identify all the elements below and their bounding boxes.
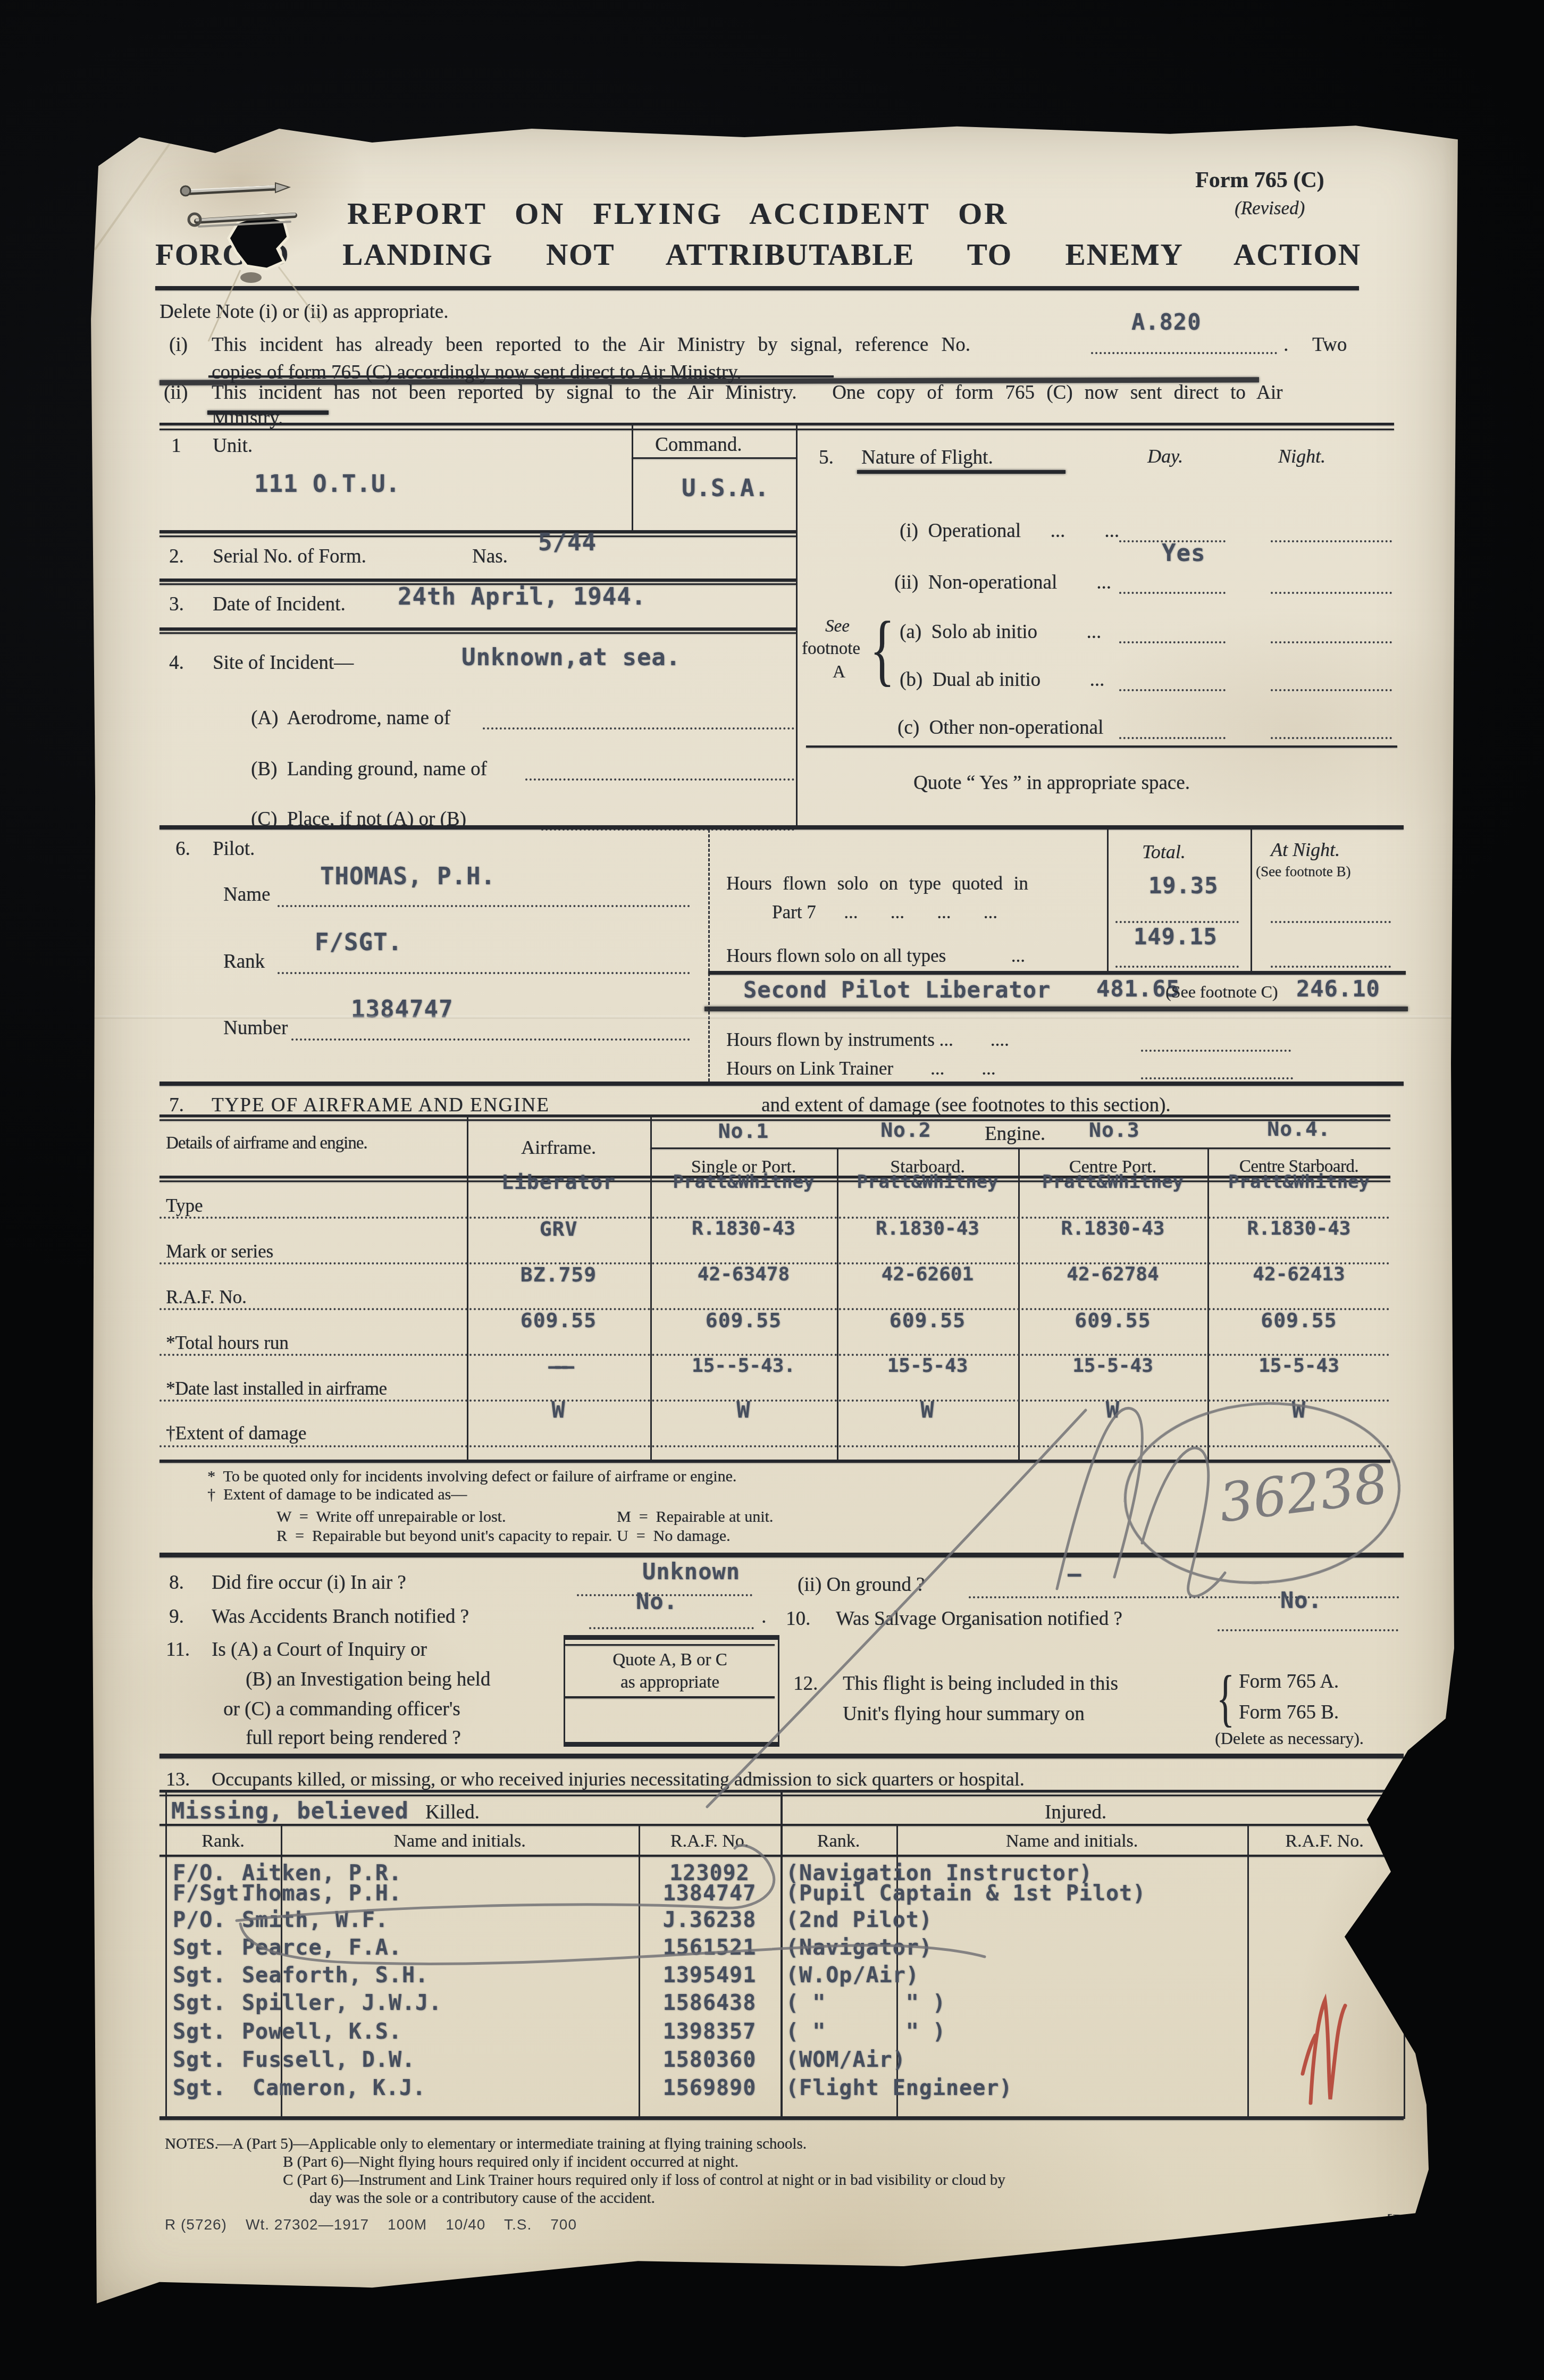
details-column-header: Details of airframe and engine. xyxy=(166,1134,367,1153)
form-revised: (Revised) xyxy=(1235,198,1305,219)
s5-quote-note: Quote “ Yes ” in appropriate space. xyxy=(913,772,1190,794)
rule xyxy=(160,2116,1404,2120)
footnote-b-ref: (See footnote B) xyxy=(1256,864,1350,879)
rule xyxy=(160,423,1394,425)
rule xyxy=(160,1460,1390,1463)
s5-dual-ab-initio: (b) Dual ab initio ... xyxy=(900,669,1104,691)
occupant-role: ( " " ) xyxy=(786,2021,946,2043)
hours-all-types-value: 149.15 xyxy=(1134,925,1218,949)
footnote-a-brace: { xyxy=(870,605,895,694)
column-divider xyxy=(796,423,798,828)
notes-a: —A (Part 5)—Applicable only to elementar… xyxy=(217,2135,807,2152)
dotted-line xyxy=(1271,689,1392,691)
occupant-role: (Navigator) xyxy=(786,1937,933,1959)
pilot-rank-label: Rank xyxy=(223,951,265,973)
occupant-role: (Pupil Captain & 1st Pilot) xyxy=(786,1882,1146,1905)
s1-label: Unit. xyxy=(213,435,253,457)
engine3-raf-value: 42-62784 xyxy=(1018,1264,1207,1285)
rule xyxy=(160,825,1404,829)
forms-brace: { xyxy=(1216,1663,1235,1733)
s2-label: Serial No. of Form. xyxy=(213,546,366,567)
occupant-raf-no: 1569890 xyxy=(639,2077,781,2099)
dotted-line xyxy=(1271,592,1392,594)
rule xyxy=(160,1114,1390,1117)
s4-number: 4. xyxy=(169,652,184,674)
rule xyxy=(160,1754,1404,1758)
s3-number: 3. xyxy=(169,593,184,615)
occupant-name: Powell, K.S. xyxy=(242,2021,402,2043)
pilot-name-value: THOMAS, P.H. xyxy=(320,865,496,889)
occupant-name: Fussell, D.W. xyxy=(242,2049,415,2071)
engine1-hours-value: 609.55 xyxy=(650,1310,837,1331)
rule xyxy=(160,627,796,631)
hours-type-label-l2: Part 7 ... ... ... ... xyxy=(772,902,997,923)
rule xyxy=(160,1824,1404,1826)
dotted-line xyxy=(1119,592,1226,594)
dotted-line xyxy=(1271,737,1392,739)
s5-non-operational: (ii) Non-operational ... xyxy=(894,572,1111,593)
site-of-incident-value: Unknown,at sea. xyxy=(461,646,681,670)
underline-note-i xyxy=(208,375,834,378)
delete-as-necessary: (Delete as necessary). xyxy=(1215,1729,1364,1748)
dotted-line xyxy=(1218,1629,1398,1631)
occupant-name: Seaforth, S.H. xyxy=(242,1964,429,1987)
s2-prefix: Nas. xyxy=(472,546,508,567)
dotted-line xyxy=(1115,921,1239,923)
engine4-hours-value: 609.55 xyxy=(1207,1310,1390,1331)
form-765b-label: Form 765 B. xyxy=(1239,1702,1339,1723)
s7-title-caps: TYPE OF AIRFRAME AND ENGINE xyxy=(212,1094,550,1116)
engine4-mark-value: R.1830-43 xyxy=(1207,1219,1390,1239)
pilot-number-label: Number xyxy=(223,1017,288,1039)
engine3-mark-value: R.1830-43 xyxy=(1018,1219,1207,1239)
dotted-line xyxy=(1115,966,1239,968)
hours-type-total-value: 19.35 xyxy=(1148,874,1218,898)
engine2-type-value: Pratt&Whitney xyxy=(837,1173,1018,1192)
notes-b: B (Part 6)—Night flying hours required o… xyxy=(283,2153,739,2171)
unit-command-divider xyxy=(632,423,633,532)
occupant-rank: Sgt. xyxy=(173,1992,226,2014)
quote-abc-line1: Quote A, B or C xyxy=(565,1650,775,1670)
s11-line3: or (C) a commanding officer's xyxy=(223,1698,460,1720)
engine2-date-value: 15-5-43 xyxy=(837,1356,1018,1376)
note-ii-text: This incident has not been reported by s… xyxy=(212,382,1282,404)
reference-dotted-line xyxy=(1091,352,1277,354)
engine4-damage-value: W xyxy=(1207,1398,1390,1422)
pilot-name-label: Name xyxy=(223,884,270,906)
engine2-raf-value: 42-62601 xyxy=(837,1264,1018,1285)
occupant-raf-no: 1586438 xyxy=(639,1992,781,2014)
row-separator xyxy=(160,1445,1390,1447)
engine-no4-header: No.4. xyxy=(1207,1119,1390,1140)
dotted-line xyxy=(1271,641,1392,643)
rule xyxy=(160,530,796,533)
reference-number-value: A.820 xyxy=(1131,311,1201,334)
s7-footnote-u: U = No damage. xyxy=(617,1527,731,1545)
occupant-name: Thomas, P.H. xyxy=(242,1882,402,1905)
form-content: Form 765 (C) (Revised) REPORT ON FLYING … xyxy=(0,0,1544,2380)
occupant-role: (2nd Pilot) xyxy=(786,1909,933,1931)
s2-number: 2. xyxy=(169,546,184,567)
s4-landing-ground: (B) Landing ground, name of xyxy=(251,758,487,780)
rule xyxy=(160,1553,1404,1557)
airframe-hours-value: 609.55 xyxy=(467,1310,650,1331)
s9-label: Was Accidents Branch notified ? xyxy=(212,1606,469,1628)
occupant-role: (Flight Engineer) xyxy=(786,2077,1012,2099)
occupant-rank: Sgt. xyxy=(173,2049,226,2071)
scanned-form-page: Form 765 (C) (Revised) REPORT ON FLYING … xyxy=(89,116,1459,2312)
engine1-date-value: 15--5-43. xyxy=(650,1356,837,1376)
night-column-divider xyxy=(1251,829,1252,972)
typed-underline xyxy=(704,1007,1408,1011)
table-divider xyxy=(1247,1824,1249,2119)
rule xyxy=(160,1082,1404,1086)
rule xyxy=(160,579,796,582)
engine-label: Engine. xyxy=(985,1123,1045,1145)
unit-value: 111 O.T.U. xyxy=(254,472,400,497)
command-value: U.S.A. xyxy=(682,476,769,501)
engine3-damage-value: W xyxy=(1018,1398,1207,1422)
safety-pin-icon xyxy=(189,214,295,227)
hours-all-types-label: Hours flown solo on all types ... xyxy=(726,945,1025,966)
engine-no2-header: No.2 xyxy=(837,1120,975,1141)
dotted-line xyxy=(291,1038,690,1041)
s9-period: . xyxy=(761,1606,766,1628)
at-night-header: At Night. xyxy=(1271,839,1340,860)
occupant-rank: F/Sgt. xyxy=(173,1882,253,1905)
second-pilot-night-value: 246.10 xyxy=(1296,977,1380,1001)
airframe-damage-value: W xyxy=(467,1398,650,1422)
rule xyxy=(160,632,796,634)
strikethrough-ministry xyxy=(207,410,329,415)
pilot-number-value: 1384747 xyxy=(351,998,453,1022)
rule xyxy=(160,535,796,537)
engine1-mark-value: R.1830-43 xyxy=(650,1219,837,1239)
s7-number: 7. xyxy=(169,1094,184,1116)
engine-no1-header: No.1 xyxy=(650,1121,837,1142)
killed-name-header: Name and initials. xyxy=(281,1831,639,1851)
engine1-type-value: Pratt&Whitney xyxy=(650,1173,837,1192)
rule xyxy=(565,1696,775,1698)
row-raf-label: R.A.F. No. xyxy=(166,1287,247,1308)
occupant-rank: Sgt. xyxy=(173,1964,226,1987)
s8-label: Did fire occur (i) In air ? xyxy=(212,1572,406,1594)
fire-on-ground-value: — xyxy=(1068,1562,1081,1586)
engine3-type-value: Pratt&Whitney xyxy=(1018,1173,1207,1192)
s6-number: 6. xyxy=(175,838,190,860)
footnote-c-ref: (See footnote C) xyxy=(1165,983,1278,1002)
missing-believed-typed: Missing, believed xyxy=(171,1799,409,1823)
row-mark-label: Mark or series xyxy=(166,1241,273,1262)
airframe-column-header: Airframe. xyxy=(467,1137,650,1158)
fire-in-air-value: Unknown xyxy=(642,1560,740,1583)
injured-header: Injured. xyxy=(781,1801,1371,1823)
safety-pin-icon xyxy=(181,183,289,196)
dotted-line xyxy=(278,905,690,907)
occupant-rank: Sgt. xyxy=(173,1937,226,1959)
title-rule xyxy=(155,286,1359,290)
dotted-line xyxy=(969,1596,1399,1598)
row-damage-label: †Extent of damage xyxy=(166,1423,306,1444)
delete-note: Delete Note (i) or (ii) as appropriate. xyxy=(160,301,448,323)
s11-line4: full report being rendered ? xyxy=(246,1727,461,1749)
s10-number: 10. xyxy=(786,1608,810,1630)
notes-c: C (Part 6)—Instrument and Link Trainer h… xyxy=(283,2172,1005,2189)
circled-number-handwriting: 36238 xyxy=(1216,1452,1391,1535)
form-765a-label: Form 765 A. xyxy=(1239,1671,1339,1692)
pilot-rank-value: F/SGT. xyxy=(315,931,402,955)
occupant-raf-no: J.36238 xyxy=(639,1909,781,1931)
occupant-rank: Sgt. xyxy=(173,2021,226,2043)
rule xyxy=(632,457,796,459)
see-footnote-word: footnote xyxy=(802,639,860,659)
notes-prefix: NOTES. xyxy=(165,2135,219,2152)
s4-aerodrome: (A) Aerodrome, name of xyxy=(251,707,450,729)
s5-number: 5. xyxy=(819,447,834,468)
rule xyxy=(160,1855,1404,1857)
occupant-name: Pearce, F.A. xyxy=(242,1937,402,1959)
engine4-raf-value: 42-62413 xyxy=(1207,1264,1390,1285)
engine1-raf-value: 42-63478 xyxy=(650,1264,837,1285)
notes-c2: day was the sole or a contributory cause… xyxy=(309,2190,655,2207)
dotted-line xyxy=(589,1627,754,1629)
engine2-hours-value: 609.55 xyxy=(837,1310,1018,1331)
hole-shadow xyxy=(240,272,262,283)
occupant-role: (WOM/Air) xyxy=(786,2049,906,2071)
engine2-mark-value: R.1830-43 xyxy=(837,1219,1018,1239)
engine-no3-header: No.3 xyxy=(1089,1120,1140,1141)
rule xyxy=(806,745,1397,748)
occupant-raf-no: 1561521 xyxy=(639,1937,781,1959)
killed-rank-header: Rank. xyxy=(165,1831,281,1851)
non-operational-day-value: Yes xyxy=(1162,541,1205,566)
dotted-line xyxy=(1141,1077,1293,1079)
occupant-rank: P/O. xyxy=(173,1909,226,1931)
date-of-incident-value: 24th April, 1944. xyxy=(398,585,646,609)
dotted-line xyxy=(525,778,794,781)
page-title-line2: FORCED LANDING NOT ATTRIBUTABLE TO ENEMY… xyxy=(155,238,1361,272)
serial-value: 5/44 xyxy=(538,531,597,555)
airframe-raf-value: BZ.759 xyxy=(467,1264,650,1286)
note-i-two: Two xyxy=(1312,334,1347,356)
note-i-period: . xyxy=(1283,334,1288,356)
row-date-label: *Date last installed in airframe xyxy=(166,1378,387,1399)
occupant-raf-no: 1395491 xyxy=(639,1964,781,1987)
engine2-damage-value: W xyxy=(837,1398,1018,1422)
occupant-raf-no: 1398357 xyxy=(639,2021,781,2043)
s8-number: 8. xyxy=(169,1572,184,1594)
pencil-signature xyxy=(1142,1448,1225,1596)
form-number: Form 765 (C) xyxy=(1195,168,1324,193)
rule xyxy=(650,1147,1390,1149)
occupant-name: Spiller, J.W.J. xyxy=(242,1992,442,2014)
s10-label: Was Salvage Organisation notified ? xyxy=(836,1608,1122,1630)
note-i-label: (i) xyxy=(169,334,188,356)
occupant-raf-no: 1384747 xyxy=(639,1882,781,1905)
engine4-date-value: 15-5-43 xyxy=(1207,1356,1390,1376)
row-hours-label: *Total hours run xyxy=(166,1333,289,1353)
hours-type-label-l1: Hours flown solo on type quoted in xyxy=(726,873,1028,894)
dotted-line xyxy=(1271,966,1391,968)
hours-instruments-label: Hours flown by instruments ... .... xyxy=(726,1029,1009,1050)
pencil-circle xyxy=(1119,1394,1405,1591)
red-pencil-mark xyxy=(1303,2000,1345,2103)
injured-rank-header: Rank. xyxy=(781,1831,896,1851)
night-header: Night. xyxy=(1278,446,1325,467)
s11-number: 11. xyxy=(166,1639,190,1661)
engine3-date-value: 15-5-43 xyxy=(1018,1356,1207,1376)
s8-ground-label: (ii) On ground ? xyxy=(798,1574,925,1596)
s7-footnote-dagger: † Extent of damage to be indicated as— xyxy=(207,1486,467,1504)
occupant-role: (W.Op/Air) xyxy=(786,1964,919,1987)
rule xyxy=(565,1644,775,1646)
s3-label: Date of Incident. xyxy=(213,593,346,615)
s12-number: 12. xyxy=(793,1673,818,1695)
rule xyxy=(708,971,1406,975)
occupant-name: Smith, W.F. xyxy=(242,1909,389,1931)
dotted-line xyxy=(1271,921,1391,923)
s11-line1: Is (A) a Court of Inquiry or xyxy=(212,1639,427,1661)
s5-label: Nature of Flight. xyxy=(861,447,993,468)
note-i-text: This incident has already been reported … xyxy=(212,334,970,356)
s4-label: Site of Incident— xyxy=(213,652,354,674)
dotted-line xyxy=(1119,641,1226,643)
fold-crease xyxy=(90,1016,1457,1019)
engine4-type-value: Pratt&Whitney xyxy=(1207,1173,1390,1192)
s1-number: 1 xyxy=(171,435,181,457)
s5-solo-ab-initio: (a) Solo ab initio ... xyxy=(900,621,1101,643)
dotted-line xyxy=(1271,540,1392,542)
dotted-line xyxy=(278,972,690,974)
hours-link-trainer-label: Hours on Link Trainer ... ... xyxy=(726,1058,996,1079)
airframe-date-value: ——— xyxy=(467,1356,650,1377)
s7-footnote-w: W = Write off unrepairable or lost. xyxy=(276,1508,506,1526)
s11-line2: (B) an Investigation being held xyxy=(246,1669,490,1690)
occupant-raf-no: 1580360 xyxy=(639,2049,781,2071)
accidents-branch-value: No. xyxy=(636,1590,678,1613)
s13-title: Occupants killed, or missing, or who rec… xyxy=(212,1769,1025,1790)
quote-abc-line2: as appropriate xyxy=(565,1673,775,1692)
occupant-name: Cameron, K.J. xyxy=(253,2077,426,2099)
see-footnote-see: See xyxy=(825,617,850,636)
s7-footnote-m: M = Repairable at unit. xyxy=(617,1508,773,1526)
second-pilot-typed-text: Second Pilot Liberator xyxy=(743,978,1051,1002)
day-header: Day. xyxy=(1147,446,1183,467)
airframe-type-value: Liberator xyxy=(467,1172,650,1193)
airframe-mark-value: GRV xyxy=(467,1219,650,1240)
s12-line2: Unit's flying hour summary on xyxy=(843,1703,1085,1725)
dotted-line xyxy=(483,727,794,730)
engine3-hours-value: 609.55 xyxy=(1018,1310,1207,1331)
killed-header: Killed. xyxy=(425,1801,480,1823)
s12-line1: This flight is being included in this xyxy=(843,1673,1118,1695)
engine1-damage-value: W xyxy=(650,1398,837,1422)
s9-number: 9. xyxy=(169,1606,184,1628)
page-title-line1: REPORT ON FLYING ACCIDENT OR xyxy=(298,197,1058,231)
s7-footnote-r: R = Repairable but beyond unit's capacit… xyxy=(276,1527,612,1545)
salvage-org-value: No. xyxy=(1280,1589,1322,1612)
dotted-line xyxy=(1119,737,1226,739)
row-type-label: Type xyxy=(166,1195,203,1216)
see-footnote-a: A xyxy=(833,663,845,682)
command-label: Command. xyxy=(655,434,742,456)
dotted-line xyxy=(1141,1050,1291,1052)
print-reference-line: R (5726) Wt. 27302—1917 100M 10/40 T.S. … xyxy=(165,2216,577,2233)
occupant-rank: Sgt. xyxy=(173,2077,226,2099)
s13-number: 13. xyxy=(166,1769,190,1790)
s7-title-rest: and extent of damage (see footnotes to t… xyxy=(761,1094,1171,1116)
s7-footnote-star: * To be quoted only for incidents involv… xyxy=(207,1468,736,1486)
injured-name-header: Name and initials. xyxy=(896,1831,1247,1851)
s5-operational: (i) Operational ... ... xyxy=(900,520,1119,542)
dotted-line xyxy=(1119,689,1226,691)
killed-raf-header: R.A.F. No. xyxy=(639,1831,781,1851)
rule xyxy=(160,429,1394,430)
pilot-section-divider xyxy=(708,829,710,1082)
occupant-role: ( " " ) xyxy=(786,1992,946,2014)
nature-of-flight-underline xyxy=(857,470,1065,474)
total-header: Total. xyxy=(1142,841,1186,862)
s6-label: Pilot. xyxy=(213,838,255,860)
total-column-divider xyxy=(1107,829,1109,972)
s5-other-non-operational: (c) Other non-operational xyxy=(897,717,1103,739)
